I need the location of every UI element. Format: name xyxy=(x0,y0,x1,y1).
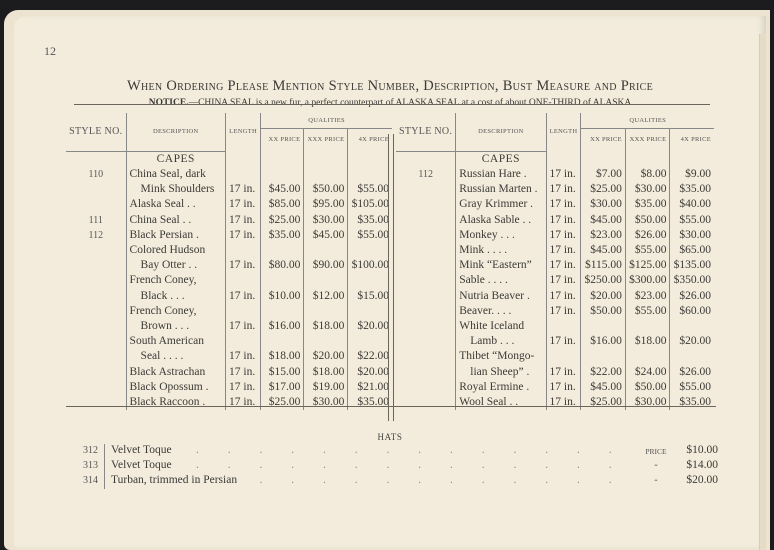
style-number xyxy=(396,349,456,364)
style-number xyxy=(66,243,126,258)
xx-price: $7.00 xyxy=(581,167,626,182)
item-length: 17 in. xyxy=(546,304,581,319)
xxx-price: $20.00 xyxy=(304,349,348,364)
xxx-price: $30.00 xyxy=(304,395,348,410)
table-row: Black Raccoon .17 in.$25.00$30.00$35.00 xyxy=(66,395,392,410)
notice-label: NOTICE. xyxy=(149,98,189,108)
item-description: Wool Seal . . xyxy=(456,395,546,410)
4x-price: $21.00 xyxy=(348,380,392,395)
style-number xyxy=(66,349,126,364)
item-description: Beaver. . . . xyxy=(456,304,546,319)
4x-price xyxy=(348,334,392,349)
style-number: 313 xyxy=(76,460,98,471)
xx-price: $35.00 xyxy=(261,228,304,243)
item-description: Velvet Toque xyxy=(111,444,172,456)
style-number xyxy=(66,273,126,288)
item-length: 17 in. xyxy=(226,365,261,380)
xxx-price: $35.00 xyxy=(625,197,670,212)
4x-price: $55.00 xyxy=(670,380,714,395)
item-length: 17 in. xyxy=(546,395,581,410)
xx-price: $15.00 xyxy=(261,365,304,380)
table-row: Brown . . .17 in.$16.00$18.00$20.00 xyxy=(66,319,392,334)
4x-price: $350.00 xyxy=(670,273,714,288)
xxx-price: $90.00 xyxy=(304,258,348,273)
table-row: Black . . .17 in.$10.00$12.00$15.00 xyxy=(66,289,392,304)
xx-price: $50.00 xyxy=(581,304,626,319)
4x-price: $55.00 xyxy=(348,182,392,197)
table-row: 112Black Persian .17 in.$35.00$45.00$55.… xyxy=(66,228,392,243)
page-number: 12 xyxy=(44,44,56,59)
4x-price xyxy=(348,243,392,258)
xx-price: $25.00 xyxy=(261,213,304,228)
catalog-page: 12 When Ordering Please Mention Style Nu… xyxy=(14,16,766,548)
4x-price: $26.00 xyxy=(670,365,714,380)
xx-price: $17.00 xyxy=(261,380,304,395)
header-qualities: QUALITIES xyxy=(261,113,392,129)
xx-price: $25.00 xyxy=(581,395,626,410)
item-length: 17 in. xyxy=(546,273,581,288)
price-label: “ xyxy=(636,462,676,471)
item-length: 17 in. xyxy=(226,213,261,228)
style-number: 314 xyxy=(76,475,98,486)
item-description: Alaska Sable . . xyxy=(456,213,546,228)
xx-price: $45.00 xyxy=(261,182,304,197)
item-length: 17 in. xyxy=(226,197,261,212)
item-length xyxy=(226,304,261,319)
item-length: 17 in. xyxy=(546,365,581,380)
item-length xyxy=(226,167,261,182)
xxx-price xyxy=(304,273,348,288)
header-xx-price: XX PRICE xyxy=(261,129,304,152)
4x-price xyxy=(670,349,714,364)
xxx-price: $24.00 xyxy=(625,365,670,380)
style-number xyxy=(396,289,456,304)
item-description: China Seal, dark xyxy=(126,167,225,182)
table-row: Black Astrachan17 in.$15.00$18.00$20.00 xyxy=(66,365,392,380)
header-style-no: STYLE NO. xyxy=(66,113,126,151)
xxx-price: $26.00 xyxy=(625,228,670,243)
center-double-rule xyxy=(388,134,394,421)
style-number xyxy=(396,182,456,197)
xx-price: $30.00 xyxy=(581,197,626,212)
table-row: Royal Ermine .17 in.$45.00$50.00$55.00 xyxy=(396,380,714,395)
table-row: 111China Seal . .17 in.$25.00$30.00$35.0… xyxy=(66,213,392,228)
item-description: Gray Krimmer . xyxy=(456,197,546,212)
item-description: Black Persian . xyxy=(126,228,225,243)
xx-price: $45.00 xyxy=(581,243,626,258)
header-description: DESCRIPTION xyxy=(126,113,225,151)
xxx-price: $30.00 xyxy=(625,182,670,197)
header-4x-price: 4X PRICE xyxy=(670,129,714,152)
xx-price xyxy=(581,349,626,364)
item-length: 17 in. xyxy=(226,319,261,334)
xxx-price: $18.00 xyxy=(304,319,348,334)
table-row: Gray Krimmer .17 in.$30.00$35.00$40.00 xyxy=(396,197,714,212)
xxx-price xyxy=(304,167,348,182)
xx-price: $85.00 xyxy=(261,197,304,212)
item-length: 17 in. xyxy=(546,258,581,273)
item-description: Mink . . . . xyxy=(456,243,546,258)
item-length: 17 in. xyxy=(546,243,581,258)
4x-price xyxy=(348,167,392,182)
style-number xyxy=(66,395,126,410)
xx-price: $115.00 xyxy=(581,258,626,273)
dot-leader: . . . . . . . . . . . . . . . . xyxy=(196,444,616,456)
xx-price: $10.00 xyxy=(261,289,304,304)
item-description: China Seal . . xyxy=(126,213,225,228)
item-length: 17 in. xyxy=(226,349,261,364)
xxx-price: $55.00 xyxy=(625,304,670,319)
xxx-price: $30.00 xyxy=(625,395,670,410)
table-row: Alaska Sable . .17 in.$45.00$50.00$55.00 xyxy=(396,213,714,228)
item-description: French Coney, xyxy=(126,304,225,319)
divider xyxy=(104,474,105,489)
4x-price: $100.00 xyxy=(348,258,392,273)
4x-price: $20.00 xyxy=(348,319,392,334)
item-description: French Coney, xyxy=(126,273,225,288)
item-description: Alaska Seal . . xyxy=(126,197,225,212)
style-number xyxy=(396,213,456,228)
table-row: Nutria Beaver .17 in.$20.00$23.00$26.00 xyxy=(396,289,714,304)
header-length: LENGTH xyxy=(546,113,581,151)
table-row: Seal . . . .17 in.$18.00$20.00$22.00 xyxy=(66,349,392,364)
hats-section-title: HATS xyxy=(14,432,766,442)
table-row: Bay Otter . .17 in.$80.00$90.00$100.00 xyxy=(66,258,392,273)
4x-price: $35.00 xyxy=(348,395,392,410)
4x-price: $135.00 xyxy=(670,258,714,273)
header-xx-price: XX PRICE xyxy=(581,129,626,152)
style-number: 111 xyxy=(66,213,126,228)
4x-price: $35.00 xyxy=(348,213,392,228)
item-description: Black Astrachan xyxy=(126,365,225,380)
item-description: Velvet Toque xyxy=(111,459,172,471)
4x-price: $30.00 xyxy=(670,228,714,243)
item-description: Bay Otter . . xyxy=(126,258,225,273)
item-description: White Iceland xyxy=(456,319,546,334)
item-length: 17 in. xyxy=(546,228,581,243)
xxx-price: $50.00 xyxy=(304,182,348,197)
hat-row: 313Velvet Toque. . . . . . . . . . . . .… xyxy=(76,459,716,474)
item-description: Monkey . . . xyxy=(456,228,546,243)
table-row: 112Russian Hare .17 in.$7.00$8.00$9.00 xyxy=(396,167,714,182)
item-length: 17 in. xyxy=(226,182,261,197)
item-description: Black Opossum . xyxy=(126,380,225,395)
item-description: Royal Ermine . xyxy=(456,380,546,395)
style-number: 312 xyxy=(76,445,98,456)
bottom-table-rule xyxy=(66,406,716,407)
table-row: Russian Marten .17 in.$25.00$30.00$35.00 xyxy=(396,182,714,197)
item-description: South American xyxy=(126,334,225,349)
xxx-price: $23.00 xyxy=(625,289,670,304)
item-length: 17 in. xyxy=(546,334,581,349)
style-number xyxy=(66,380,126,395)
item-description: Brown . . . xyxy=(126,319,225,334)
xx-price: $22.00 xyxy=(581,365,626,380)
item-length: 17 in. xyxy=(226,258,261,273)
divider xyxy=(104,444,105,459)
page-heading: When Ordering Please Mention Style Numbe… xyxy=(14,78,766,95)
item-description: Lamb . . . xyxy=(456,334,546,349)
style-number: 110 xyxy=(66,167,126,182)
table-row: French Coney, xyxy=(66,304,392,319)
4x-price: $35.00 xyxy=(670,395,714,410)
item-description: Thibet “Mongo- xyxy=(456,349,546,364)
xxx-price xyxy=(625,349,670,364)
xx-price xyxy=(261,167,304,182)
xx-price xyxy=(261,304,304,319)
table-row: South American xyxy=(66,334,392,349)
hat-row: 312Velvet Toque. . . . . . . . . . . . .… xyxy=(76,444,716,459)
item-length: 17 in. xyxy=(226,380,261,395)
xxx-price xyxy=(304,304,348,319)
xxx-price: $18.00 xyxy=(625,334,670,349)
item-description: Colored Hudson xyxy=(126,243,225,258)
xxx-price: $19.00 xyxy=(304,380,348,395)
table-row: Beaver. . . .17 in.$50.00$55.00$60.00 xyxy=(396,304,714,319)
style-number xyxy=(396,304,456,319)
style-number xyxy=(396,243,456,258)
xx-price xyxy=(261,334,304,349)
style-number xyxy=(66,319,126,334)
item-description: Mink “Eastern” xyxy=(456,258,546,273)
table-row: Wool Seal . .17 in.$25.00$30.00$35.00 xyxy=(396,395,714,410)
dot-leader: . . . . . . . . . . . . . . . . xyxy=(196,459,616,471)
item-length xyxy=(226,334,261,349)
item-description: Russian Hare . xyxy=(456,167,546,182)
item-description: Black Raccoon . xyxy=(126,395,225,410)
4x-price: $40.00 xyxy=(670,197,714,212)
item-price: $14.00 xyxy=(676,459,718,471)
item-length: 17 in. xyxy=(546,197,581,212)
section-title-capes: CAPES xyxy=(456,151,546,167)
item-length xyxy=(226,243,261,258)
item-length xyxy=(546,319,581,334)
top-rule xyxy=(74,104,710,105)
item-length: 17 in. xyxy=(226,289,261,304)
style-number xyxy=(66,365,126,380)
xx-price: $45.00 xyxy=(581,380,626,395)
divider xyxy=(104,459,105,474)
header-4x-price: 4X PRICE xyxy=(348,129,392,152)
4x-price: $20.00 xyxy=(670,334,714,349)
style-number xyxy=(396,258,456,273)
xxx-price xyxy=(304,334,348,349)
style-number xyxy=(66,304,126,319)
4x-price: $65.00 xyxy=(670,243,714,258)
xxx-price: $30.00 xyxy=(304,213,348,228)
table-row: Monkey . . .17 in.$23.00$26.00$30.00 xyxy=(396,228,714,243)
table-row: White Iceland xyxy=(396,319,714,334)
header-qualities: QUALITIES xyxy=(581,113,714,129)
item-description: Seal . . . . xyxy=(126,349,225,364)
xx-price: $25.00 xyxy=(261,395,304,410)
xxx-price: $45.00 xyxy=(304,228,348,243)
style-number xyxy=(66,334,126,349)
item-length: 17 in. xyxy=(546,380,581,395)
item-description: Mink Shoulders xyxy=(126,182,225,197)
style-number xyxy=(396,319,456,334)
item-description: Sable . . . . xyxy=(456,273,546,288)
xx-price: $45.00 xyxy=(581,213,626,228)
table-row: Black Opossum .17 in.$17.00$19.00$21.00 xyxy=(66,380,392,395)
4x-price: $20.00 xyxy=(348,365,392,380)
xx-price: $20.00 xyxy=(581,289,626,304)
item-length xyxy=(226,273,261,288)
header-xxx-price: XXX PRICE xyxy=(304,129,348,152)
section-title-capes: CAPES xyxy=(126,151,225,167)
item-length: 17 in. xyxy=(226,395,261,410)
left-price-table: STYLE NO. DESCRIPTION LENGTH QUALITIES X… xyxy=(66,113,392,410)
notice-text: —CHINA SEAL is a new fur, a perfect coun… xyxy=(189,98,632,108)
4x-price: $35.00 xyxy=(670,182,714,197)
style-number xyxy=(396,334,456,349)
xxx-price: $50.00 xyxy=(625,213,670,228)
xx-price xyxy=(581,319,626,334)
xxx-price: $300.00 xyxy=(625,273,670,288)
xxx-price: $125.00 xyxy=(625,258,670,273)
table-row: Lamb . . .17 in.$16.00$18.00$20.00 xyxy=(396,334,714,349)
notice-line: NOTICE.—CHINA SEAL is a new fur, a perfe… xyxy=(14,98,766,108)
style-number xyxy=(66,197,126,212)
item-description: Black . . . xyxy=(126,289,225,304)
style-number: 112 xyxy=(396,167,456,182)
4x-price xyxy=(348,273,392,288)
4x-price: $15.00 xyxy=(348,289,392,304)
xxx-price: $12.00 xyxy=(304,289,348,304)
style-number xyxy=(66,258,126,273)
xxx-price: $18.00 xyxy=(304,365,348,380)
4x-price: $55.00 xyxy=(670,213,714,228)
xxx-price: $55.00 xyxy=(625,243,670,258)
4x-price xyxy=(348,304,392,319)
table-row: Colored Hudson xyxy=(66,243,392,258)
item-description: Nutria Beaver . xyxy=(456,289,546,304)
4x-price xyxy=(670,319,714,334)
4x-price: $22.00 xyxy=(348,349,392,364)
header-length: LENGTH xyxy=(226,113,261,151)
hat-row: 314Turban, trimmed in Persian. . . . . .… xyxy=(76,474,716,489)
item-description: Russian Marten . xyxy=(456,182,546,197)
table-row: French Coney, xyxy=(66,273,392,288)
style-number xyxy=(396,273,456,288)
item-price: $10.00 xyxy=(676,444,718,456)
4x-price: $55.00 xyxy=(348,228,392,243)
style-number xyxy=(396,228,456,243)
table-row: Mink Shoulders17 in.$45.00$50.00$55.00 xyxy=(66,182,392,197)
table-row: Alaska Seal . .17 in.$85.00$95.00$105.00 xyxy=(66,197,392,212)
4x-price: $26.00 xyxy=(670,289,714,304)
xx-price: $16.00 xyxy=(581,334,626,349)
xx-price: $25.00 xyxy=(581,182,626,197)
item-length: 17 in. xyxy=(546,167,581,182)
4x-price: $9.00 xyxy=(670,167,714,182)
xx-price: $80.00 xyxy=(261,258,304,273)
table-row: Thibet “Mongo- xyxy=(396,349,714,364)
item-length: 17 in. xyxy=(546,289,581,304)
header-style-no: STYLE NO. xyxy=(396,113,456,151)
xxx-price: $50.00 xyxy=(625,380,670,395)
table-row: lian Sheep” .17 in.$22.00$24.00$26.00 xyxy=(396,365,714,380)
xxx-price xyxy=(304,243,348,258)
xx-price xyxy=(261,243,304,258)
table-row: Mink “Eastern”17 in.$115.00$125.00$135.0… xyxy=(396,258,714,273)
item-length xyxy=(546,349,581,364)
style-number xyxy=(66,182,126,197)
item-length: 17 in. xyxy=(226,228,261,243)
price-label: “ xyxy=(636,477,676,486)
table-row: 110China Seal, dark xyxy=(66,167,392,182)
item-description: lian Sheep” . xyxy=(456,365,546,380)
xx-price xyxy=(261,273,304,288)
xx-price: $16.00 xyxy=(261,319,304,334)
style-number xyxy=(396,380,456,395)
header-description: DESCRIPTION xyxy=(456,113,546,151)
table-row: Mink . . . .17 in.$45.00$55.00$65.00 xyxy=(396,243,714,258)
table-row: Sable . . . .17 in.$250.00$300.00$350.00 xyxy=(396,273,714,288)
header-xxx-price: XXX PRICE xyxy=(625,129,670,152)
style-number: 112 xyxy=(66,228,126,243)
item-length: 17 in. xyxy=(546,182,581,197)
style-number xyxy=(396,395,456,410)
xx-price: $18.00 xyxy=(261,349,304,364)
4x-price: $60.00 xyxy=(670,304,714,319)
4x-price: $105.00 xyxy=(348,197,392,212)
price-label: PRICE xyxy=(636,447,676,456)
xxx-price: $95.00 xyxy=(304,197,348,212)
page-edge xyxy=(759,34,766,550)
item-length: 17 in. xyxy=(546,213,581,228)
item-price: $20.00 xyxy=(676,474,718,486)
xxx-price: $8.00 xyxy=(625,167,670,182)
xxx-price xyxy=(625,319,670,334)
xx-price: $23.00 xyxy=(581,228,626,243)
right-price-table: STYLE NO. DESCRIPTION LENGTH QUALITIES X… xyxy=(396,113,714,410)
xx-price: $250.00 xyxy=(581,273,626,288)
dot-leader: . . . . . . . . . . . . . . . . xyxy=(196,474,616,486)
style-number xyxy=(396,365,456,380)
style-number xyxy=(396,197,456,212)
style-number xyxy=(66,289,126,304)
